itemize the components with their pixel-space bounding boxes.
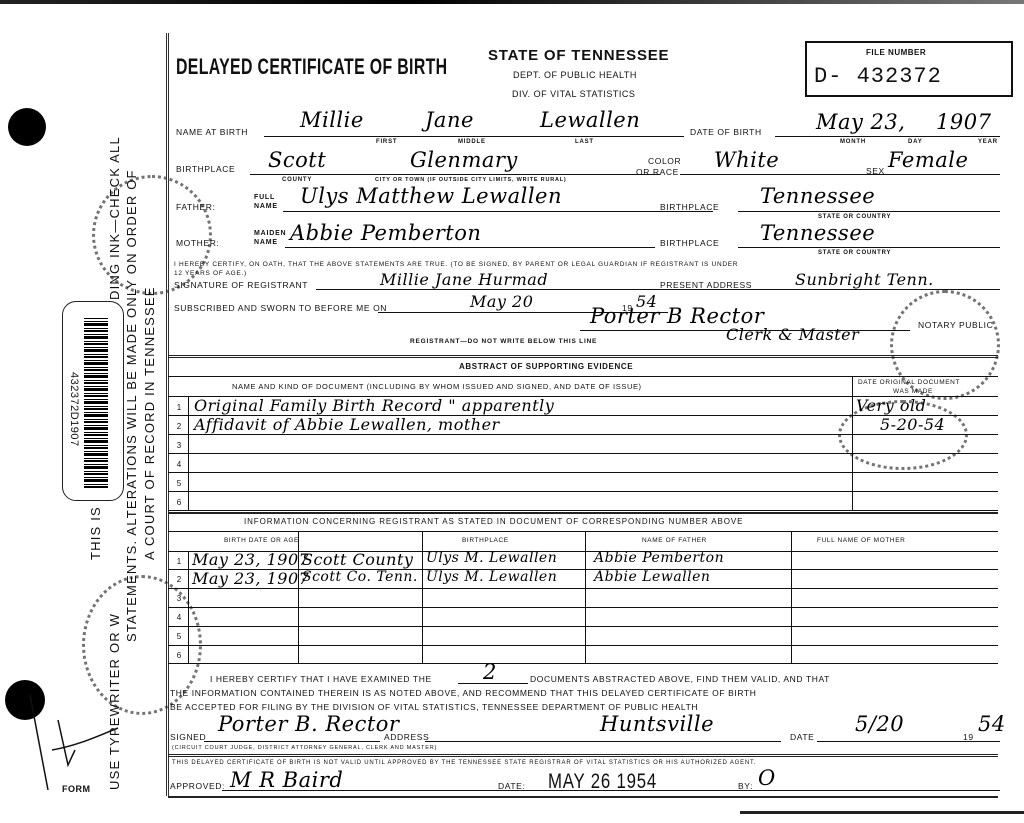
month-caption: MONTH bbox=[840, 139, 866, 145]
file-number-label: FILE NUMBER bbox=[866, 48, 926, 57]
certify-line2: THE INFORMATION CONTAINED THEREIN IS AS … bbox=[170, 688, 756, 698]
document-count-value: 2 bbox=[483, 660, 497, 684]
approved-by-value: M R Baird bbox=[230, 768, 343, 792]
father-name-value: Ulys Matthew Lewallen bbox=[300, 184, 562, 208]
info-row-line bbox=[168, 626, 998, 627]
margin-notice-line-1a: THIS IS bbox=[88, 506, 103, 560]
last-caption: LAST bbox=[575, 139, 594, 145]
sworn-date-value: May 20 bbox=[470, 292, 533, 311]
info-row-number: 1 bbox=[174, 557, 184, 566]
margin-notice-line-2b: DING INK—CHECK ALL bbox=[107, 136, 122, 300]
city-caption: CITY OR TOWN (IF OUTSIDE CITY LIMITS, WR… bbox=[375, 177, 567, 183]
info-row-2-mother: Abbie Lewallen bbox=[594, 569, 710, 585]
oath-statement-line2: 12 YEARS OF AGE.) bbox=[174, 270, 247, 277]
dob-line bbox=[775, 136, 1000, 137]
present-address-label: PRESENT ADDRESS bbox=[660, 280, 752, 290]
evidence-title: ABSTRACT OF SUPPORTING EVIDENCE bbox=[459, 362, 633, 371]
info-row-number: 4 bbox=[174, 613, 184, 622]
evidence-row-number: 1 bbox=[174, 403, 184, 412]
mother-name-value: Abbie Pemberton bbox=[290, 221, 481, 245]
middle-name-value: Jane bbox=[425, 108, 474, 132]
info-row-number: 6 bbox=[174, 651, 184, 660]
mother-label: MOTHER: bbox=[176, 238, 219, 248]
father-birthplace-label: BIRTHPLACE bbox=[660, 202, 719, 212]
evidence-row-2-date: 5-20-54 bbox=[880, 415, 945, 434]
name-line bbox=[264, 136, 684, 137]
info-row-2-father: Ulys M. Lewallen bbox=[426, 569, 557, 585]
mother-state-caption: STATE OR COUNTRY bbox=[818, 250, 891, 256]
signer-caption: (CIRCUIT COURT JUDGE, DISTRICT ATTORNEY … bbox=[172, 745, 437, 751]
first-caption: FIRST bbox=[376, 139, 397, 145]
form-label: FORM bbox=[62, 784, 91, 794]
info-row-1-father: Ulys M. Lewallen bbox=[426, 550, 557, 566]
mother-birthplace-line bbox=[738, 247, 1000, 248]
file-number: D- 432372 bbox=[814, 64, 942, 89]
race-line bbox=[680, 174, 1000, 175]
mother-birthplace-label: BIRTHPLACE bbox=[660, 238, 719, 248]
margin-notice-line-4: A COURT OF RECORD IN TENNESSEE bbox=[142, 286, 157, 560]
certify-line1b: DOCUMENTS ABSTRACTED ABOVE, FIND THEM VA… bbox=[530, 674, 830, 684]
evidence-row-1-date: Very old bbox=[856, 396, 926, 415]
info-col-mother: FULL NAME OF MOTHER bbox=[817, 537, 905, 544]
margin-pen-scribble bbox=[20, 690, 130, 790]
division-label: DIV. OF VITAL STATISTICS bbox=[512, 89, 635, 99]
info-col-father: NAME OF FATHER bbox=[642, 537, 707, 544]
notary-title-value: Clerk & Master bbox=[726, 325, 859, 344]
name-at-birth-label: NAME AT BIRTH bbox=[176, 127, 248, 137]
info-title: INFORMATION CONCERNING REGISTRANT AS STA… bbox=[244, 517, 743, 526]
present-address-value: Sunbright Tenn. bbox=[795, 270, 934, 289]
birthplace-label: BIRTHPLACE bbox=[176, 164, 235, 174]
father-name-line bbox=[283, 211, 713, 212]
form-bottom-rule bbox=[168, 796, 998, 798]
approval-notice: THIS DELAYED CERTIFICATE OF BIRTH IS NOT… bbox=[172, 760, 756, 766]
dob-month-day-value: May 23, bbox=[816, 110, 905, 134]
info-row-line bbox=[168, 588, 998, 589]
evidence-row-line bbox=[168, 491, 998, 492]
info-section-rule bbox=[168, 512, 998, 514]
last-name-value: Lewallen bbox=[540, 108, 640, 132]
info-row-1-place: Scott County bbox=[302, 550, 413, 569]
info-row-line bbox=[168, 663, 998, 664]
evidence-row-number: 3 bbox=[174, 441, 184, 450]
registrant-signature-value: Millie Jane Hurmad bbox=[380, 270, 548, 289]
mother-name-line bbox=[285, 247, 655, 248]
oath-statement-line1: I HEREBY CERTIFY, ON OATH, THAT THE ABOV… bbox=[174, 261, 738, 268]
father-full-caption: FULL bbox=[254, 194, 275, 201]
info-row-number: 2 bbox=[174, 575, 184, 584]
certify-line3: BE ACCEPTED FOR FILING BY THE DIVISION O… bbox=[170, 702, 698, 712]
signed-label: SIGNED bbox=[170, 732, 206, 742]
notary-public-label: NOTARY PUBLIC bbox=[918, 320, 993, 330]
state-title: STATE OF TENNESSEE bbox=[488, 47, 669, 64]
evidence-row-number: 6 bbox=[174, 498, 184, 507]
info-row-2-place: Scott Co. Tenn. bbox=[302, 569, 418, 585]
signed-line bbox=[204, 741, 380, 742]
evidence-row-number: 5 bbox=[174, 479, 184, 488]
father-label: FATHER: bbox=[176, 202, 215, 212]
cert-date-value: 5/20 bbox=[855, 712, 904, 736]
signed-value: Porter B. Rector bbox=[218, 712, 399, 736]
sex-label: SEX bbox=[866, 166, 885, 176]
father-state-caption: STATE OR COUNTRY bbox=[818, 214, 891, 220]
evidence-col-date-2: WAS MADE bbox=[893, 388, 933, 395]
margin-notice-line-3: STATEMENTS. ALTERATIONS WILL BE MADE ONL… bbox=[124, 169, 139, 642]
evidence-header-top-line bbox=[168, 376, 998, 377]
mother-maiden-caption: MAIDEN bbox=[254, 230, 286, 237]
scan-top-edge bbox=[0, 0, 1024, 4]
county-caption: COUNTY bbox=[282, 177, 312, 183]
first-name-value: Millie bbox=[300, 108, 364, 132]
info-header-top-line bbox=[168, 531, 998, 532]
race-value: White bbox=[714, 148, 779, 172]
race-label: OR RACE bbox=[636, 167, 679, 177]
approval-by-value: O bbox=[758, 766, 776, 790]
mother-birthplace-value: Tennessee bbox=[760, 221, 875, 245]
dob-year-value: 1907 bbox=[936, 110, 991, 134]
evidence-row-line bbox=[168, 472, 998, 473]
evidence-row-line bbox=[168, 434, 998, 435]
evidence-col-date: DATE ORIGINAL DOCUMENT bbox=[858, 379, 960, 386]
info-row-1-birth: May 23, 1907 bbox=[192, 550, 309, 569]
form-title: DELAYED CERTIFICATE OF BIRTH bbox=[176, 54, 447, 80]
info-row-1-mother: Abbie Pemberton bbox=[594, 550, 724, 566]
approval-date-stamp: MAY 26 1954 bbox=[548, 770, 657, 794]
father-birthplace-value: Tennessee bbox=[760, 184, 875, 208]
cert-year-value: 54 bbox=[978, 712, 1006, 736]
birthplace-line bbox=[250, 174, 660, 175]
evidence-row-line bbox=[168, 510, 998, 511]
evidence-col-document: NAME AND KIND OF DOCUMENT (INCLUDING BY … bbox=[232, 382, 642, 391]
registrant-signature-label: SIGNATURE OF REGISTRANT bbox=[174, 280, 308, 290]
info-row-2-birth: May 23, 1907 bbox=[192, 569, 309, 588]
department-label: DEPT. OF PUBLIC HEALTH bbox=[513, 70, 637, 80]
do-not-write-notice: REGISTRANT—DO NOT WRITE BELOW THIS LINE bbox=[410, 338, 597, 345]
info-col-birth: BIRTH DATE OR AGE bbox=[224, 537, 299, 544]
mother-name-caption: NAME bbox=[254, 239, 278, 246]
sex-value: Female bbox=[888, 148, 968, 172]
evidence-row-line bbox=[168, 453, 998, 454]
barcode bbox=[84, 318, 108, 488]
evidence-row-number: 4 bbox=[174, 460, 184, 469]
subscribed-sworn-label: SUBSCRIBED AND SWORN TO BEFORE ME ON bbox=[174, 303, 387, 313]
cert-address-value: Huntsville bbox=[600, 712, 714, 736]
approved-label: APPROVED: bbox=[170, 781, 225, 791]
registrant-signature-line bbox=[316, 289, 1000, 290]
evidence-row-1-document: Original Family Birth Record " apparentl… bbox=[194, 396, 554, 415]
cert-address-label: ADDRESS bbox=[384, 732, 429, 742]
date-of-birth-label: DATE OF BIRTH bbox=[690, 127, 762, 137]
evidence-row-2-document: Affidavit of Abbie Lewallen, mother bbox=[194, 415, 500, 434]
punch-hole-top bbox=[8, 108, 46, 146]
info-col-birthplace: BIRTHPLACE bbox=[462, 537, 509, 544]
certify-line1a: I HEREBY CERTIFY THAT I HAVE EXAMINED TH… bbox=[210, 674, 432, 684]
info-row-line bbox=[168, 607, 998, 608]
cert-date-label: DATE bbox=[790, 732, 814, 742]
info-row-number: 5 bbox=[174, 632, 184, 641]
info-row-line bbox=[168, 645, 998, 646]
father-birthplace-line bbox=[738, 211, 1000, 212]
middle-caption: MIDDLE bbox=[458, 139, 486, 145]
evidence-row-number: 2 bbox=[174, 422, 184, 431]
approval-date-label: DATE: bbox=[498, 781, 525, 791]
year-caption: YEAR bbox=[978, 139, 998, 145]
cert-address-line bbox=[425, 741, 781, 742]
barcode-number: 432372D1907 bbox=[68, 372, 80, 447]
father-name-caption: NAME bbox=[254, 203, 278, 210]
birthplace-county-value: Scott bbox=[268, 148, 326, 172]
day-caption: DAY bbox=[908, 139, 923, 145]
approval-by-label: BY: bbox=[738, 781, 753, 791]
evidence-section-rule bbox=[168, 355, 998, 358]
color-label: COLOR bbox=[648, 156, 681, 166]
info-row-number: 3 bbox=[174, 594, 184, 603]
scan-bottom-edge bbox=[740, 811, 1024, 814]
birthplace-city-value: Glenmary bbox=[410, 148, 518, 172]
cert-year-prefix: 19 bbox=[963, 732, 974, 742]
approval-section-rule bbox=[168, 754, 998, 757]
